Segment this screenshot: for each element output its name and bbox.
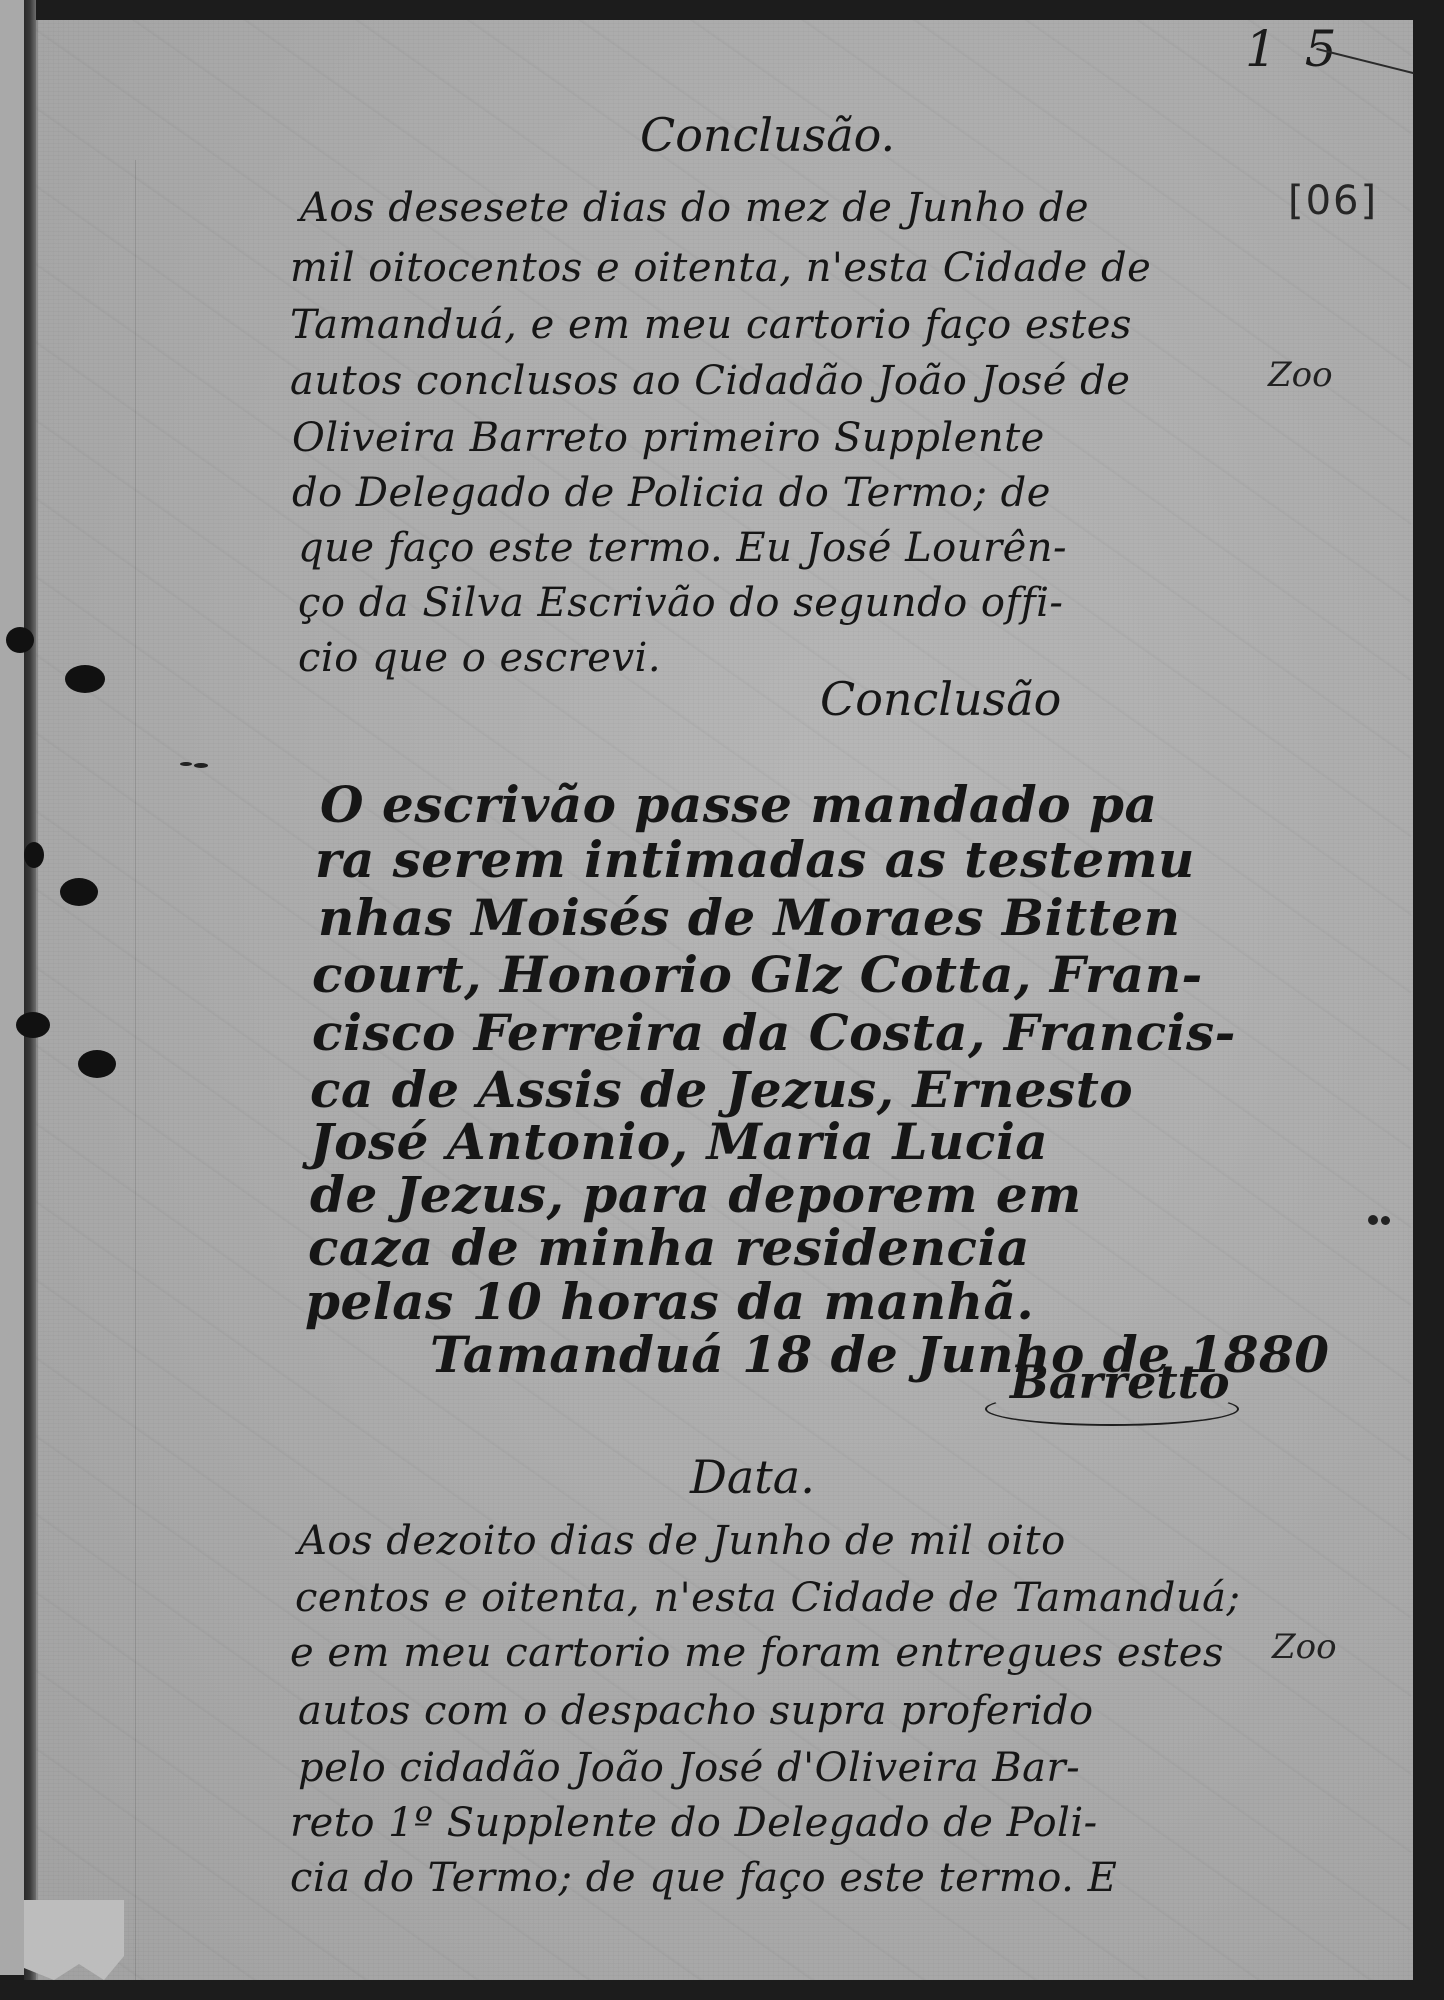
text-line: Oliveira Barreto primeiro Supplente [292, 415, 1045, 461]
text-line: nhas Moisés de Moraes Bitten [318, 888, 1180, 947]
paper-fold-line [135, 160, 136, 1980]
ink-speck [1368, 1215, 1378, 1225]
text-line: autos com o despacho supra proferido [298, 1688, 1094, 1734]
ink-speck [1381, 1216, 1390, 1225]
text-line: ra serem intimadas as testemu [315, 830, 1195, 889]
text-line: pelas 10 horas da manhã. [305, 1272, 1034, 1331]
punch-hole-icon [16, 1012, 50, 1038]
text-line: mil oitocentos e oitenta, n'esta Cidade … [290, 245, 1151, 291]
text-line: que faço este termo. Eu José Lourên- [298, 525, 1067, 571]
section-heading-data: Data. [690, 1450, 815, 1504]
text-line: Aos dezoito dias de Junho de mil oito [298, 1518, 1066, 1564]
signature-flourish [985, 1392, 1239, 1426]
ink-speck [180, 762, 192, 766]
text-line: reto 1º Supplente do Delegado de Poli- [290, 1800, 1098, 1846]
punch-hole-icon [78, 1050, 116, 1078]
text-line: pelo cidadão João José d'Oliveira Bar- [298, 1745, 1080, 1791]
text-line: e em meu cartorio me foram entregues est… [290, 1630, 1224, 1676]
section-heading-conclusao: Conclusão. [640, 108, 895, 162]
text-line: O escrivão passe mandado pa [320, 775, 1157, 834]
adjacent-page-edge [0, 0, 24, 1975]
punch-hole-icon [60, 878, 98, 906]
archive-number: [06] [1288, 178, 1378, 224]
text-line: do Delegado de Policia do Termo; de [292, 470, 1051, 516]
text-line: Aos desesete dias do mez de Junho de [300, 185, 1089, 231]
text-line: autos conclusos ao Cidadão João José de [290, 358, 1130, 404]
text-line: cio que o escrevi. [298, 635, 661, 681]
text-line: caza de minha residencia [308, 1218, 1030, 1277]
punch-hole-icon [6, 627, 34, 653]
text-line: cia do Termo; de que faço este termo. E [290, 1855, 1117, 1901]
page-number: 15 [1245, 20, 1365, 78]
punch-hole-icon [24, 842, 44, 868]
text-line: Tamanduá, e em meu cartorio faço estes [290, 302, 1132, 348]
margin-note: Zoo [1272, 1627, 1337, 1667]
text-line: ca de Assis de Jezus, Ernesto [310, 1060, 1133, 1119]
margin-note: Zoo [1268, 355, 1333, 395]
binding-edge [24, 0, 36, 1980]
text-line: de Jezus, para deporem em [310, 1165, 1082, 1224]
text-line: ço da Silva Escrivão do segundo offi- [298, 580, 1063, 626]
section-heading-conclusao-2: Conclusão [820, 672, 1061, 726]
punch-hole-icon [65, 665, 105, 693]
ink-speck [194, 763, 208, 768]
text-line: José Antonio, Maria Lucia [310, 1112, 1048, 1171]
text-line: centos e oitenta, n'esta Cidade de Taman… [295, 1575, 1240, 1621]
text-line: cisco Ferreira da Costa, Francis- [312, 1003, 1236, 1062]
text-line: court, Honorio Glz Cotta, Fran- [312, 945, 1203, 1004]
